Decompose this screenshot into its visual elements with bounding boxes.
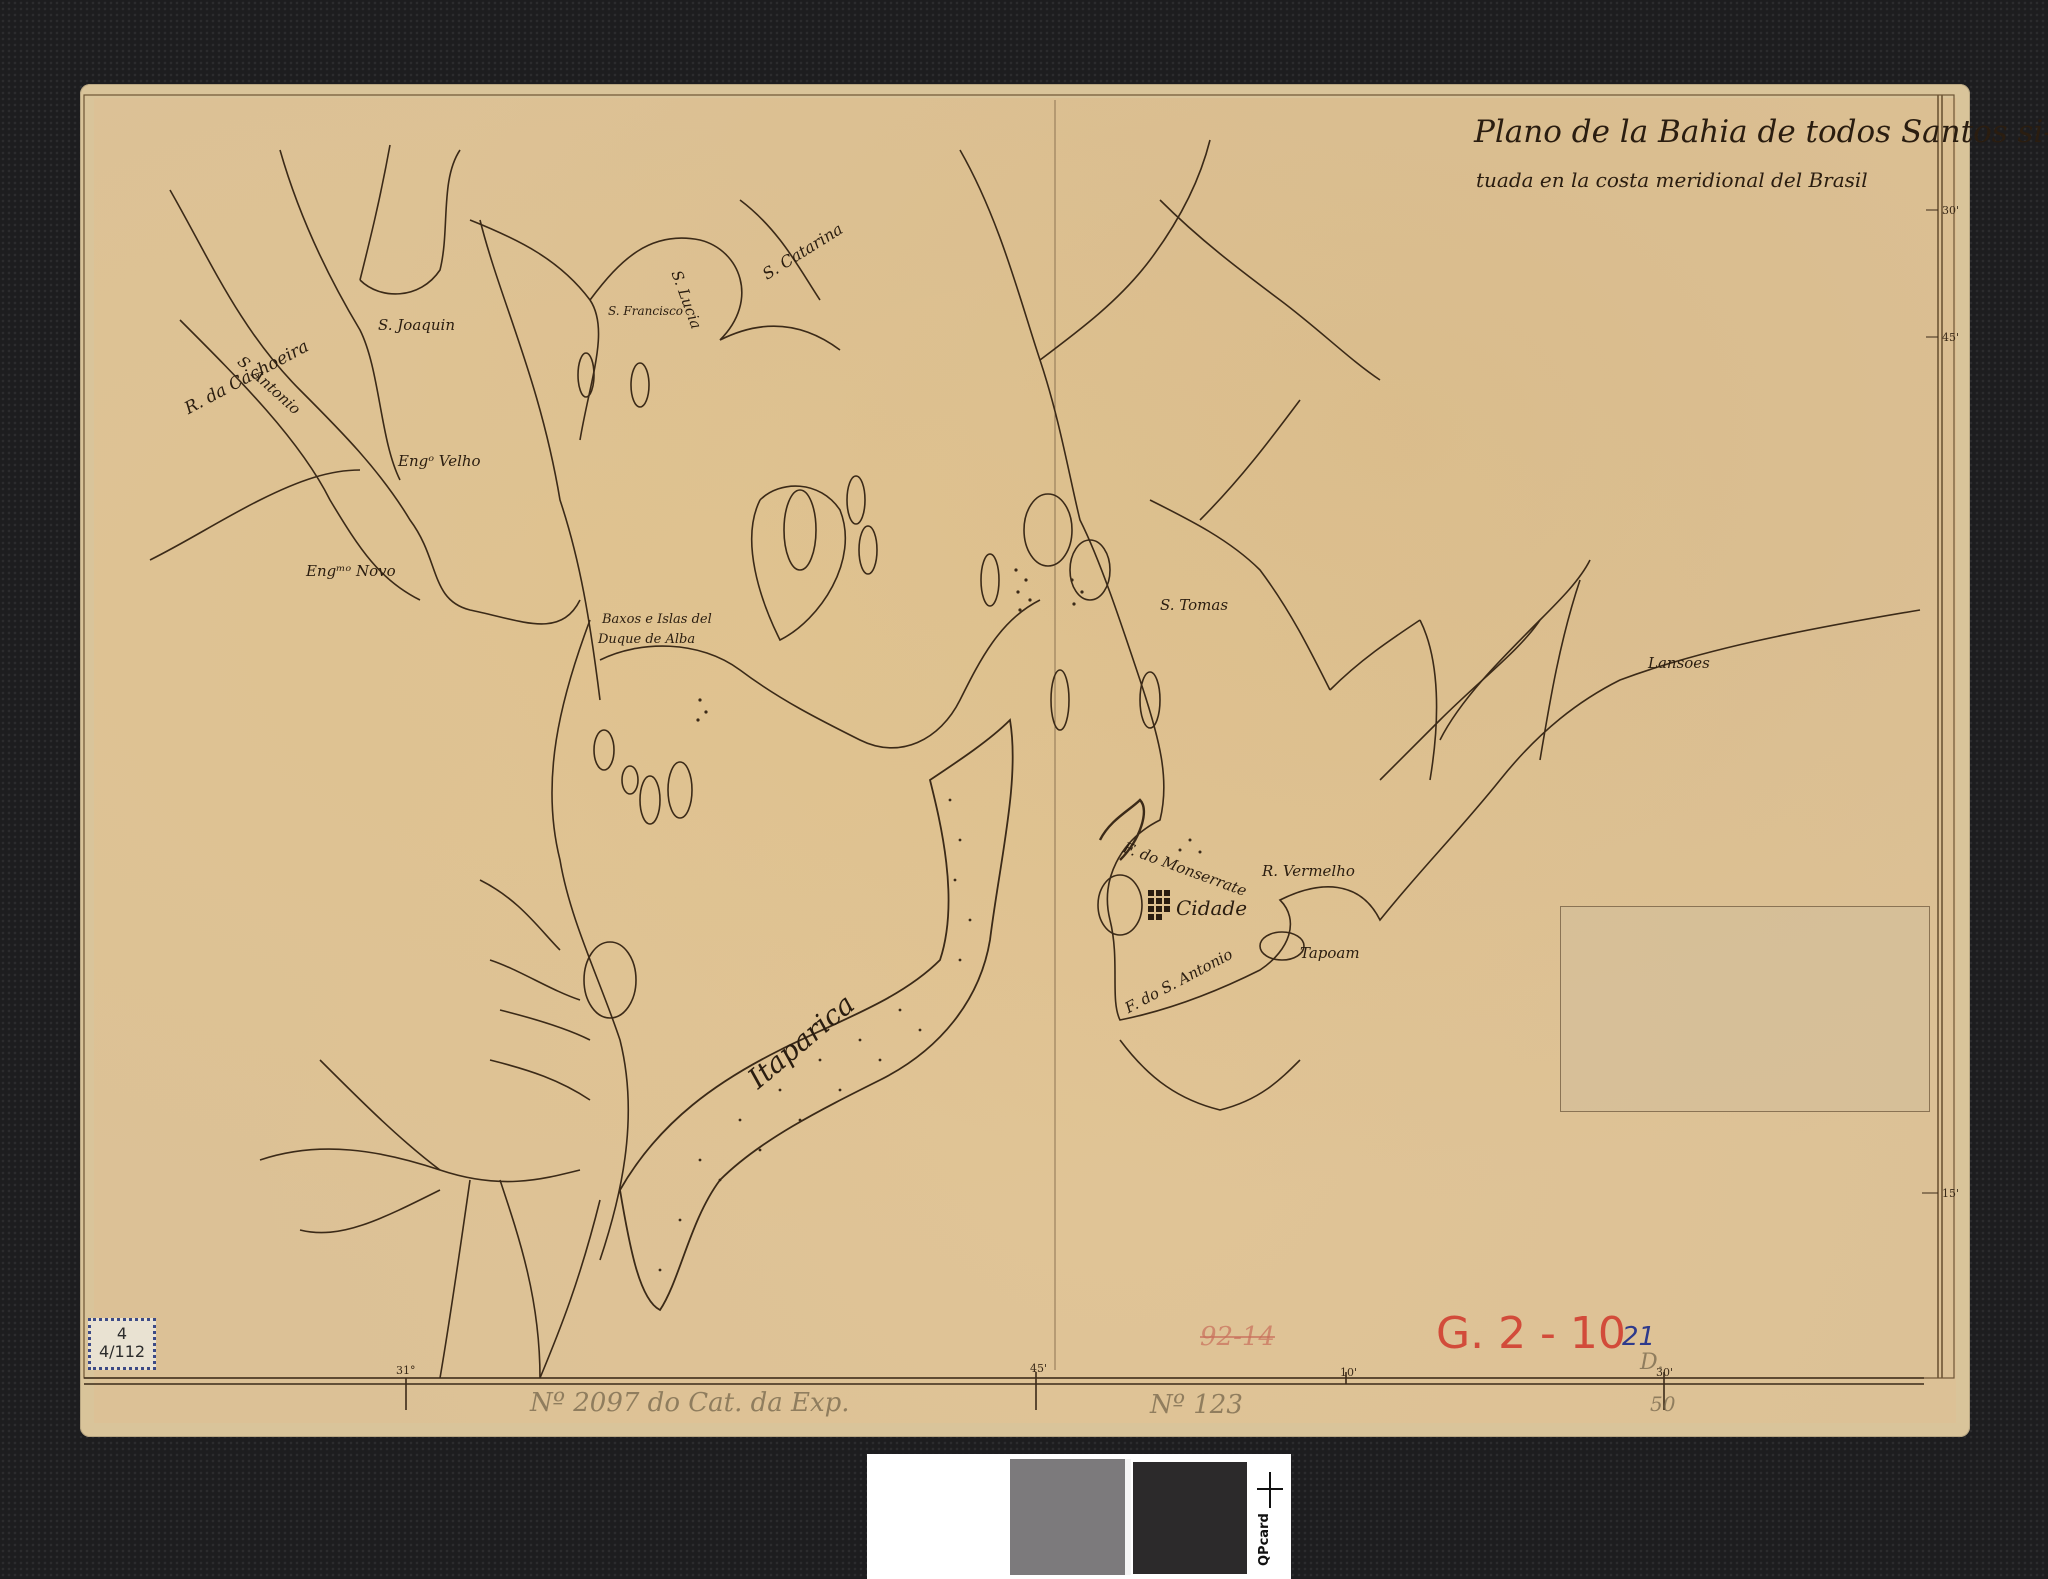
place-cidade: Cidade xyxy=(1176,896,1247,920)
place-s-tomas: S. Tomas xyxy=(1160,596,1228,614)
place-duque-de-alba: Duque de Alba xyxy=(598,632,695,647)
margin-tick-30: 30' xyxy=(1942,204,1959,217)
black-swatch xyxy=(1133,1462,1247,1574)
place-engenho-novo: Engᵐᵒ Novo xyxy=(306,562,396,580)
blue-number: 21 xyxy=(1622,1322,1655,1352)
margin-tick-45: 45' xyxy=(1942,331,1959,344)
map-subtitle: tuada en la costa meridional del Brasil xyxy=(1476,168,1868,192)
color-calibration-card: QPcard xyxy=(867,1454,1291,1579)
pencil-number: Nº 123 xyxy=(1150,1390,1243,1420)
place-baxos-islas: Baxos e Islas del xyxy=(602,612,712,627)
crosshair-icon-vertical xyxy=(1269,1472,1271,1508)
stamp-top: 4 xyxy=(91,1325,153,1343)
place-r-vermelho: R. Vermelho xyxy=(1262,862,1355,880)
crossed-number: 92-14 xyxy=(1200,1322,1275,1352)
swatch-gap xyxy=(1125,1459,1131,1575)
place-engenho-velho: Engᵒ Velho xyxy=(398,452,481,470)
map-drawing xyxy=(0,0,2048,1579)
card-brand: QPcard xyxy=(1257,1513,1272,1566)
scale-tick-31: 31° xyxy=(396,1364,416,1377)
corner-mark: D. xyxy=(1640,1350,1664,1375)
red-shelfmark: G. 2 - 10 xyxy=(1436,1308,1626,1359)
margin-tick-15: 15' xyxy=(1942,1187,1959,1200)
blank-cartouche xyxy=(1560,906,1930,1112)
scale-tick-10: 10' xyxy=(1340,1366,1357,1379)
card-brand-strip: QPcard xyxy=(1251,1462,1287,1574)
neat-line xyxy=(84,95,1954,1378)
stamp-bottom: 4/112 xyxy=(91,1343,153,1361)
cidade-grid xyxy=(1148,890,1170,920)
bottom-right-mark: 50 xyxy=(1650,1392,1675,1416)
scale-tick-45: 45' xyxy=(1030,1362,1047,1375)
pencil-catalog-note: Nº 2097 do Cat. da Exp. xyxy=(530,1388,850,1418)
place-tapoam: Tapoam xyxy=(1300,944,1360,962)
inventory-stamp: 4 4/112 xyxy=(88,1318,156,1370)
grey-swatch xyxy=(1010,1459,1125,1575)
white-swatch xyxy=(875,1459,1008,1575)
place-s-francisco: S. Francisco xyxy=(608,304,683,318)
map-title: Plano de la Bahia de todos Santos si- xyxy=(1474,114,2048,150)
place-lansoes: Lansoes xyxy=(1648,654,1710,672)
place-s-joaquin: S. Joaquin xyxy=(378,316,455,334)
